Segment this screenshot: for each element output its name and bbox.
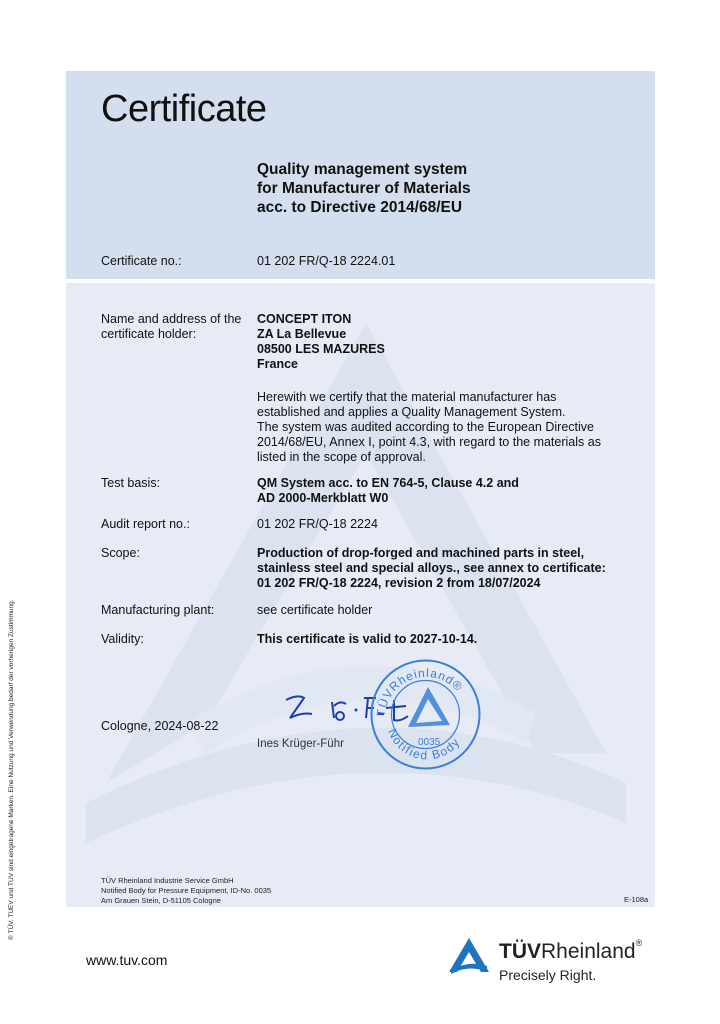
holder-label-line: certificate holder: (101, 327, 241, 342)
brand-name: TÜVRheinland® (499, 940, 642, 964)
certification-statement: Herewith we certify that the material ma… (257, 390, 601, 465)
manufacturing-plant-value: see certificate holder (257, 603, 372, 618)
tuv-triangle-watermark-icon (66, 283, 655, 907)
audit-report-value: 01 202 FR/Q-18 2224 (257, 517, 378, 532)
scope-label: Scope: (101, 546, 140, 561)
certificate-no-value: 01 202 FR/Q-18 2224.01 (257, 254, 395, 269)
holder-label-line: Name and address of the (101, 312, 241, 327)
scope-value: Production of drop-forged and machined p… (257, 546, 606, 591)
statement-line: established and applies a Quality Manage… (257, 405, 601, 420)
holder-address-line: ZA La Bellevue (257, 327, 385, 342)
holder-address-line: 08500 LES MAZURES (257, 342, 385, 357)
certificate-title: Certificate (101, 88, 267, 131)
svg-text:0035: 0035 (418, 737, 441, 748)
test-basis-line: AD 2000-Merkblatt W0 (257, 491, 519, 506)
issuer-line: Am Grauen Stein, D-51105 Cologne (101, 896, 271, 906)
statement-line: Herewith we certify that the material ma… (257, 390, 601, 405)
holder-address-line: France (257, 357, 385, 372)
issuer-address: TÜV Rheinland Industrie Service GmbH Not… (101, 876, 271, 906)
test-basis-value: QM System acc. to EN 764-5, Clause 4.2 a… (257, 476, 519, 506)
brand-tagline: Precisely Right. (499, 967, 596, 983)
issuer-line: Notified Body for Pressure Equipment, ID… (101, 886, 271, 896)
statement-line: The system was audited according to the … (257, 420, 601, 435)
subtitle-line: Quality management system (257, 160, 471, 179)
subtitle-line: acc. to Directive 2014/68/EU (257, 198, 471, 217)
signer-name: Ines Krüger-Führ (257, 738, 344, 750)
certificate-no-label: Certificate no.: (101, 254, 182, 269)
place-date: Cologne, 2024-08-22 (101, 719, 218, 734)
test-basis-line: QM System acc. to EN 764-5, Clause 4.2 a… (257, 476, 519, 491)
holder-address: CONCEPT ITON ZA La Bellevue 08500 LES MA… (257, 312, 385, 372)
manufacturing-plant-label: Manufacturing plant: (101, 603, 214, 618)
validity-label: Validity: (101, 632, 144, 647)
notified-body-stamp-icon: TÜVRheinland® 0035 Notified Body (368, 657, 483, 772)
form-code: E-108a (624, 895, 648, 904)
certificate-subtitle: Quality management system for Manufactur… (257, 160, 471, 217)
scope-line: stainless steel and special alloys., see… (257, 561, 606, 576)
certificate-body-band (66, 283, 655, 907)
scope-line: 01 202 FR/Q-18 2224, revision 2 from 18/… (257, 576, 606, 591)
trademark-note: ® TÜV, TUEV und TUV sind eingetragene Ma… (8, 599, 15, 940)
holder-name: CONCEPT ITON (257, 312, 385, 327)
audit-report-label: Audit report no.: (101, 517, 190, 532)
statement-line: 2014/68/EU, Annex I, point 4.3, with reg… (257, 435, 601, 450)
statement-line: listed in the scope of approval. (257, 450, 601, 465)
issuer-line: TÜV Rheinland Industrie Service GmbH (101, 876, 271, 886)
holder-label: Name and address of the certificate hold… (101, 312, 241, 342)
test-basis-label: Test basis: (101, 476, 160, 491)
scope-line: Production of drop-forged and machined p… (257, 546, 606, 561)
validity-value: This certificate is valid to 2027-10-14. (257, 632, 477, 647)
website-link[interactable]: www.tuv.com (86, 952, 167, 968)
tuv-rheinland-logo: TÜVRheinland® Precisely Right. (447, 936, 657, 996)
subtitle-line: for Manufacturer of Materials (257, 179, 471, 198)
tuv-triangle-logo-icon (447, 936, 491, 976)
